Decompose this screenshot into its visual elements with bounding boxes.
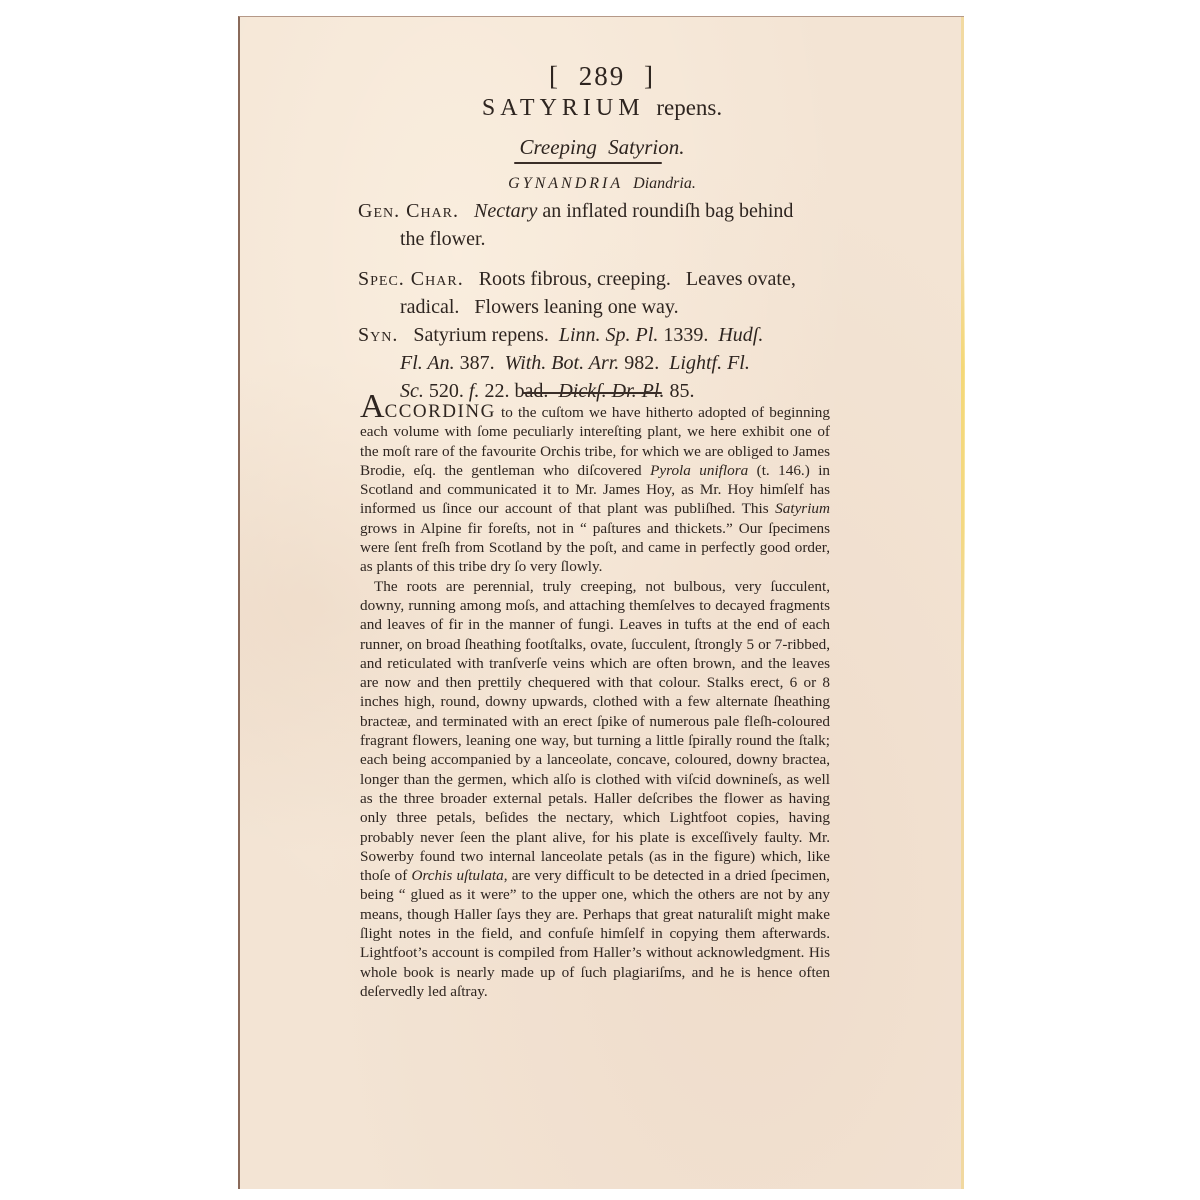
italic-species: Orchis uſtulata bbox=[411, 867, 503, 884]
paragraph-2: The roots are perennial, truly creeping,… bbox=[360, 577, 830, 1002]
synonym-plain: Satyrium repens. bbox=[413, 324, 549, 346]
generic-character-continuation: the flower. bbox=[358, 225, 828, 253]
specific-character: Spec. Char. Roots fibrous, creeping. Lea… bbox=[358, 265, 828, 321]
order-name: Diandria. bbox=[633, 175, 696, 192]
specific-character-label: Spec. Char. bbox=[358, 268, 464, 290]
edge-stain bbox=[961, 247, 965, 647]
synonym-ref-hudson: Hudſ. bbox=[718, 324, 763, 346]
synonym-ref-number: 1339. bbox=[663, 324, 708, 346]
header-divider bbox=[514, 162, 662, 164]
generic-character: Gen. Char. Nectary an inflated roundiſh … bbox=[358, 197, 828, 253]
synonym-ref-number: 387. bbox=[460, 352, 495, 374]
paragraph-text: The roots are perennial, truly creeping,… bbox=[360, 578, 830, 884]
class-name: GYNANDRIA bbox=[508, 175, 623, 192]
paragraph-text: , are very difficult to be detected in a… bbox=[360, 867, 830, 1000]
drop-cap: A bbox=[360, 388, 385, 425]
synonym-ref-hudson-cont: Fl. An. bbox=[400, 352, 455, 374]
synonym-ref-number: 982. bbox=[624, 352, 659, 374]
book-page: [ 289 ] SATYRIUM repens. Creeping Satyri… bbox=[238, 16, 964, 1189]
generic-character-italic: Nectary bbox=[474, 200, 537, 222]
synonyms-continuation-1: Fl. An. 387. With. Bot. Arr. 982. Lightf… bbox=[358, 349, 828, 377]
page-number: [ 289 ] bbox=[240, 61, 964, 92]
specific-character-text: Roots fibrous, creeping. Leaves ovate, bbox=[479, 268, 796, 290]
synonyms-label: Syn. bbox=[358, 324, 398, 346]
genus-name: SATYRIUM bbox=[482, 95, 645, 121]
paragraph-text: grows in Alpine fir foreſts, not in “ pa… bbox=[360, 520, 830, 576]
section-divider bbox=[522, 392, 662, 394]
paragraph-1: ACCORDING to the cuſtom we have hitherto… bbox=[360, 395, 830, 577]
italic-genus: Satyrium bbox=[775, 500, 830, 517]
specific-character-continuation: radical. Flowers leaning one way. bbox=[358, 293, 828, 321]
generic-character-text: an inflated roundiſh bag behind bbox=[537, 200, 793, 222]
italic-species: Pyrola uniflora bbox=[650, 462, 748, 479]
synonym-ref-lightfoot: Lightf. Fl. bbox=[669, 352, 750, 374]
synonym-ref-linnaeus: Linn. Sp. Pl. bbox=[559, 324, 658, 346]
species-title: SATYRIUM repens. bbox=[240, 95, 964, 122]
description-body: ACCORDING to the cuſtom we have hitherto… bbox=[360, 395, 830, 1001]
linnaean-classification: GYNANDRIA Diandria. bbox=[240, 175, 964, 193]
generic-character-label: Gen. Char. bbox=[358, 200, 459, 222]
species-name: repens. bbox=[656, 95, 722, 120]
common-name: Creeping Satyrion. bbox=[240, 135, 964, 160]
opening-smallcaps: CCORDING bbox=[385, 401, 496, 422]
synonym-ref-withering: With. Bot. Arr. bbox=[505, 352, 620, 374]
